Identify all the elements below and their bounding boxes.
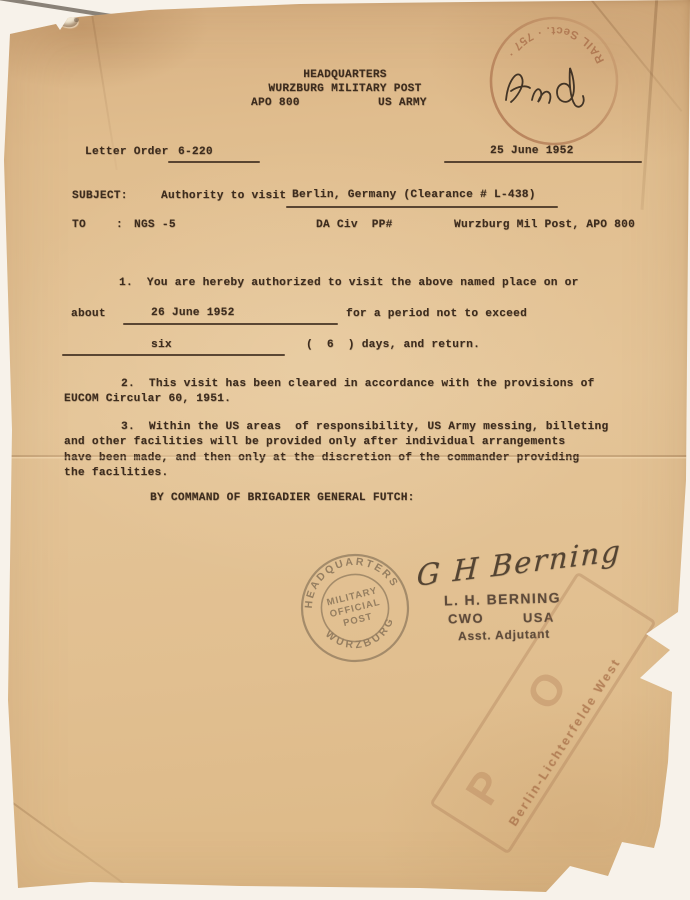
hq-stamp-ring: HEADQUARTERS WURZBURG MILITARY OFFICIAL …	[291, 544, 419, 672]
visit-date-fill-line	[123, 323, 338, 325]
para1-line1: 1. You are hereby authorized to visit th…	[119, 277, 579, 290]
command-line: BY COMMAND OF BRIGADIER GENERAL FUTCH:	[150, 492, 415, 505]
period-word-fill-line	[62, 354, 285, 356]
handwritten-initials	[496, 58, 596, 120]
subject-lead: Authority to visit	[161, 190, 286, 203]
para3-line4: the facilities.	[64, 467, 168, 480]
to-colon: :	[116, 219, 123, 232]
order-number: 6-220	[178, 146, 213, 159]
to-grade: DA Civ PP#	[316, 219, 393, 232]
scanned-document: HEADQUARTERS WURZBURG MILITARY POST APO …	[0, 0, 690, 900]
letterhead-apo: APO 800	[251, 97, 300, 110]
order-label: Letter Order	[85, 146, 169, 159]
adjutant-rank-stamp: CWO	[448, 611, 484, 627]
fold-crease-bottom-left	[0, 788, 152, 900]
paper-speck	[74, 18, 79, 22]
to-station: Wurzburg Mil Post, APO 800	[454, 219, 635, 232]
para2-line1: 2. This visit has been cleared in accord…	[121, 378, 595, 391]
letterhead-army: US ARMY	[378, 97, 427, 110]
para3-line2: and other facilities will be provided on…	[64, 436, 565, 449]
subject-label: SUBJECT:	[72, 190, 128, 203]
to-label: TO	[72, 219, 86, 232]
ink-speck	[39, 20, 47, 25]
para1-line2-rest: for a period not to exceed	[346, 308, 527, 321]
adjutant-name-stamp: L. H. BERNING	[444, 589, 561, 608]
subject-value: Berlin, Germany (Clearance # L-438)	[292, 189, 536, 202]
para1-period-word: six	[151, 339, 172, 352]
to-addressee: NGS -5	[134, 219, 176, 232]
para3-line3: have been made, and then only at the dis…	[64, 452, 579, 465]
para1-visit-date: 26 June 1952	[151, 307, 235, 320]
fold-crease-top-right	[641, 0, 658, 210]
order-number-fill-line	[168, 161, 260, 163]
subject-fill-line	[286, 206, 558, 208]
para1-about-label: about	[71, 308, 106, 321]
para3-line1: 3. Within the US areas of responsibility…	[121, 421, 608, 434]
para2-line2: EUCOM Circular 60, 1951.	[64, 393, 231, 406]
paper-sheet: HEADQUARTERS WURZBURG MILITARY POST APO …	[0, 0, 690, 900]
para1-line3-rest: ( 6 ) days, and return.	[306, 339, 480, 352]
hq-military-post-stamp: HEADQUARTERS WURZBURG MILITARY OFFICIAL …	[290, 543, 420, 673]
